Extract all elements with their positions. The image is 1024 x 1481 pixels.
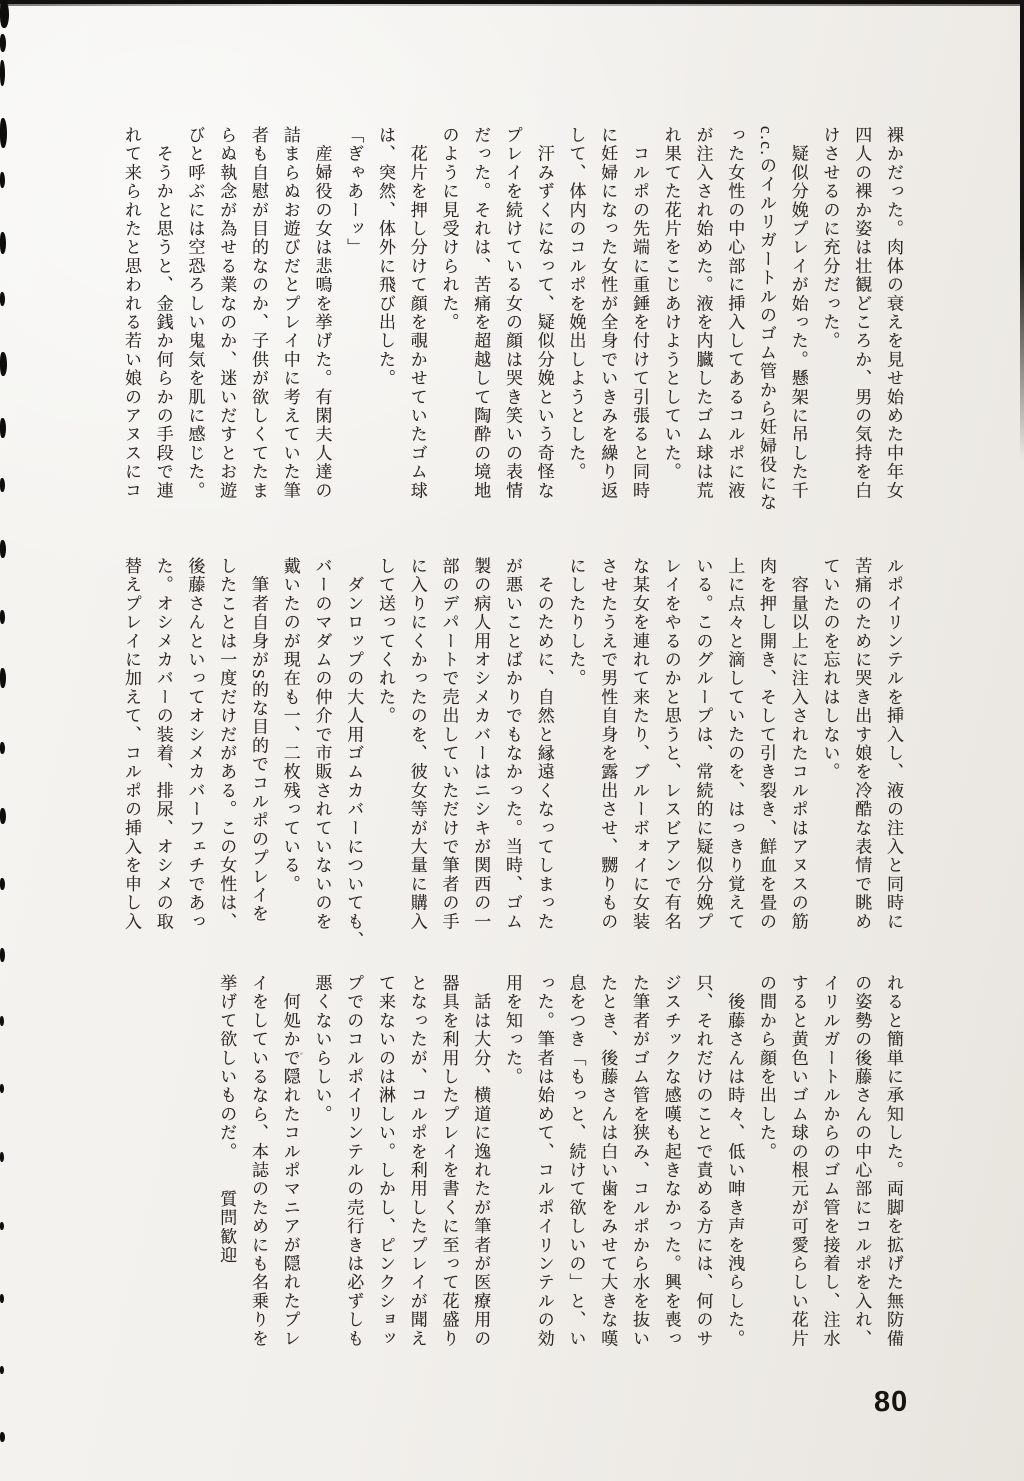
text-column: ていたのを忘れはしない。 [814, 557, 846, 936]
text-column: びと呼ぶには空恐ろしい鬼気を肌に感じた。 [179, 126, 211, 505]
text-column: レイをやるのかと思うと、レスビアンで有名 [655, 557, 687, 936]
text-column: 後藤さんは時々、低い呻き声を洩らした。 [719, 974, 751, 1353]
text-column: 上に点々と滴していたのを、はっきり覚えて [719, 557, 751, 936]
text-column: させたうえで男性自身を露出させ、嬲りもの [592, 557, 624, 936]
text-column: らぬ執念が為せる業なのか、迷いだすとお遊 [211, 126, 243, 505]
text-column: ダンロップの大人用ゴムカバーについても、 [338, 557, 370, 936]
text-column: 裸かだった。肉体の衰えを見せ始めた中年女 [877, 126, 909, 505]
text-column: 花片を押し分けて顔を覗かせていたゴム球 [401, 126, 433, 505]
text-column: 詰まらぬお遊びだとプレイ中に考えていた筆 [274, 126, 306, 505]
text-column: すると黄色いゴム球の根元が可愛らしい花片 [782, 974, 814, 1353]
text-column: は、突然、体外に飛び出した。 [369, 126, 401, 505]
text-column: 汗みずくになって、疑似分娩という奇怪な [528, 126, 560, 505]
scan-edge-right [1020, 0, 1024, 460]
scanned-page: 裸かだった。肉体の衰えを見せ始めた中年女四人の裸か姿は壮観どころか、男の気持を白… [0, 0, 1024, 1481]
text-column: た。オシメカバーの装着、排尿、オシメの取 [147, 557, 179, 936]
text-column: 話は大分、横道に逸れたが筆者が医療用の [465, 974, 497, 1353]
text-column: いる。このグループは、常続的に疑似分娩プ [687, 557, 719, 936]
text-column: 四人の裸か姿は壮観どころか、男の気持を白 [846, 126, 878, 505]
text-column: が悪いことばかりでもなかった。当時、ゴム [496, 557, 528, 936]
text-column: イをしているなら、本誌のためにも名乗りを [242, 974, 274, 1353]
text-column: 産婦役の女は悲鳴を挙げた。有閑夫人達の [306, 126, 338, 505]
text-column: のように見受けられた。 [433, 126, 465, 505]
text-column: バーのマダムの仲介で市販されていないのを [306, 557, 338, 936]
text-column: が注入され始めた。液を内臓したゴム球は荒 [687, 126, 719, 505]
text-column: 悪くないらしい。 [306, 974, 338, 1353]
text-column: ルポイリンテルを挿入し、液の注入と同時に [877, 557, 909, 936]
text-column: れると簡単に承知した。両脚を拡げた無防備 [877, 974, 909, 1353]
text-column: 息をつき「もっと、続けて欲しいの」と、い [560, 974, 592, 1353]
text-column: な某女を連れて来たり、ブルーボォイに女装 [623, 557, 655, 936]
text-block-bottom: れると簡単に承知した。両脚を拡げた無防備の姿勢の後藤さんの中心部にコルポを入れ、… [211, 974, 910, 1353]
text-column: 疑似分娩プレイが始った。懸架に吊した千 [782, 126, 814, 505]
text-column: して、体内のコルポを娩出しようとした。 [560, 126, 592, 505]
text-column: の姿勢の後藤さんの中心部にコルポを入れ、 [846, 974, 878, 1353]
text-column: 用を知った。 [496, 974, 528, 1353]
text-block-top: 裸かだった。肉体の衰えを見せ始めた中年女四人の裸か姿は壮観どころか、男の気持を白… [115, 126, 909, 505]
text-column: そのために、自然と縁遠くなってしまった [528, 557, 560, 936]
text-block-middle: ルポイリンテルを挿入し、液の注入と同時に苦痛のために哭き出す娘を冷酷な表情で眺め… [115, 557, 909, 936]
scan-edge-left [0, 0, 12, 1481]
text-column: にしたりした。 [560, 557, 592, 936]
text-column: だった。それは、苦痛を超越して陶酔の境地 [465, 126, 497, 505]
text-column: 肉を押し開き、そして引き裂き、鮮血を畳の [750, 557, 782, 936]
text-column: 筆者自身がS的な目的でコルポのプレイを [242, 557, 274, 936]
text-column: 「ぎゃあーッ」 [338, 126, 370, 505]
text-column: 者も自慰が目的なのか、子供が欲しくてたま [242, 126, 274, 505]
text-column: 戴いたのが現在も一、二枚残っている。 [274, 557, 306, 936]
page-number: 80 [874, 1386, 909, 1420]
text-column: に妊婦になった女性が全身でいきみを繰り返 [592, 126, 624, 505]
text-column: った女性の中心部に挿入してあるコルポに液 [719, 126, 751, 505]
text-column: して送ってくれた。 [369, 557, 401, 936]
text-column: 容量以上に注入されたコルポはアヌスの筋 [782, 557, 814, 936]
text-column: 替えプレイに加えて、コルポの挿入を申し入 [115, 557, 147, 936]
text-column: となったが、コルポを利用したプレイが聞え [401, 974, 433, 1353]
text-column: 製の病人用オシメカバーはニシキが関西の一 [465, 557, 497, 936]
text-column: イリルガートルからのゴム管を接着し、注水 [814, 974, 846, 1353]
text-column: ジスチックな感嘆も起きなかった。興を喪っ [655, 974, 687, 1353]
text-column: た筆者がゴム管を狭み、コルポから水を抜い [623, 974, 655, 1353]
text-column: 挙げて欲しいものだ。 質問歓迎 [211, 974, 243, 1353]
text-column: った。筆者は始めて、コルポイリンテルの効 [528, 974, 560, 1353]
text-column: 器具を利用したプレイを書くに至って花盛り [433, 974, 465, 1353]
text-column: の間から顔を出した。 [750, 974, 782, 1353]
text-column: プレイを続けている女の顔は哭き笑いの表情 [496, 126, 528, 505]
text-column: プでのコルポイリンテルの売行きは必ずしも [338, 974, 370, 1353]
text-column: c.c.のイルリガートルのゴム管から妊婦役にな [750, 126, 782, 505]
text-column: コルポの先端に重錘を付けて引張ると同時 [623, 126, 655, 505]
text-column: したことは一度だけだがある。この女性は、 [211, 557, 243, 936]
text-column: 苦痛のために哭き出す娘を冷酷な表情で眺め [846, 557, 878, 936]
text-column: けさせるのに充分だった。 [814, 126, 846, 505]
text-column: そうかと思うと、金銭か何らかの手段で連 [147, 126, 179, 505]
text-column: 部のデパートで売出していただけで筆者の手 [433, 557, 465, 936]
text-column: れて来られたと思われる若い娘のアヌスにコ [115, 126, 147, 505]
text-column: 只、それだけのことで責める方には、何のサ [687, 974, 719, 1353]
scan-edge-top [0, 0, 1024, 4]
text-column: 何処かで隠れたコルポマニアが隠れたプレ [274, 974, 306, 1353]
text-column: に入りにくかったのを、彼女等が大量に購入 [401, 557, 433, 936]
text-column: れ果てた花片をこじあけようとしていた。 [655, 126, 687, 505]
text-column: たとき、後藤さんは白い歯をみせて大きな嘆 [592, 974, 624, 1353]
text-column: て来ないのは淋しい。しかし、ピンクショッ [369, 974, 401, 1353]
text-column: 後藤さんといってオシメカバーフェチであっ [179, 557, 211, 936]
